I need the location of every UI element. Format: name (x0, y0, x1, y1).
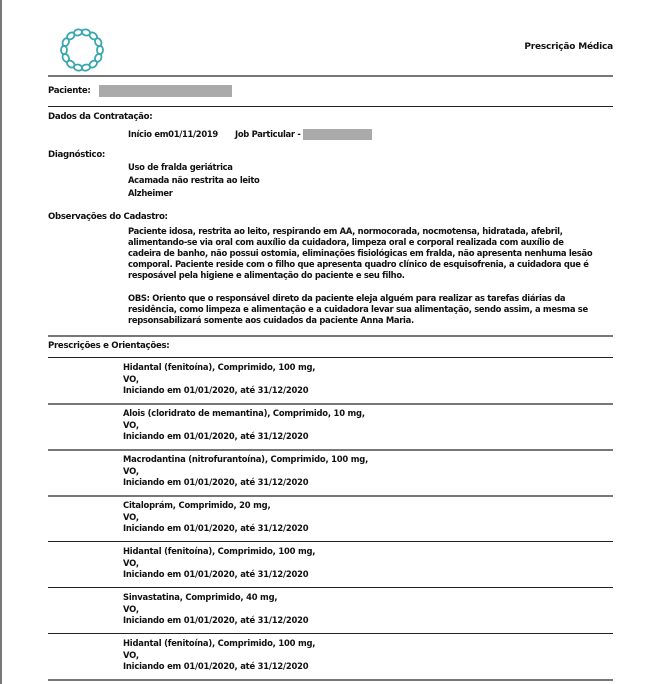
divider (48, 357, 613, 358)
prescription-item: Macrodantina (nitrofurantoína), Comprimi… (123, 454, 368, 489)
observation-line: resposável pela higiene e alimentação do… (128, 270, 598, 281)
diagnosis-item: Acamada não restrita ao leito (128, 174, 260, 187)
divider (48, 449, 613, 451)
diagnosis-item: Uso de fralda geriátrica (128, 161, 260, 174)
prescription-item: Hidantal (fenitoína), Comprimido, 100 mg… (123, 546, 315, 581)
prescription-drug: Hidantal (fenitoína), Comprimido, 100 mg… (123, 362, 315, 374)
teal-ring-logo-icon (57, 25, 117, 75)
prescription-drug: Hidantal (fenitoína), Comprimido, 100 mg… (123, 546, 315, 558)
prescription-item: Citaloprám, Comprimido, 20 mg,VO,Inician… (123, 500, 308, 535)
start-date: 01/11/2019 (168, 129, 218, 139)
prescription-drug: Citaloprám, Comprimido, 20 mg, (123, 500, 308, 512)
prescription-drug: Macrodantina (nitrofurantoína), Comprimi… (123, 454, 368, 466)
observation-line: residência, como limpeza e alimentação e… (128, 304, 598, 315)
divider (48, 75, 613, 77)
divider (48, 541, 613, 542)
prescription-route: VO, (123, 512, 308, 524)
diagnosis-label: Diagnóstico: (48, 150, 105, 160)
prescription-item: Alois (cloridrato de memantina), Comprim… (123, 408, 365, 443)
diagnosis-item: Alzheimer (128, 187, 260, 200)
divider (48, 106, 613, 107)
prescription-route: VO, (123, 604, 308, 616)
divider (48, 679, 613, 681)
divider (48, 335, 613, 337)
prescription-route: VO, (123, 650, 315, 662)
prescription-item: Sinvastatina, Comprimido, 40 mg,VO,Inici… (123, 592, 308, 627)
page-left-border (0, 0, 2, 684)
prescription-route: VO, (123, 420, 365, 432)
observation-line: cadeira de banho, não possui ostomia, el… (128, 248, 598, 259)
prescription-period: Iniciando em 01/01/2020, até 31/12/2020 (123, 661, 315, 673)
observations-paragraph-2: OBS: Oriento que o responsável direto da… (128, 293, 598, 326)
document-title: Prescrição Médica (524, 42, 613, 52)
observation-line: alimentando-se via oral com auxílio da c… (128, 237, 598, 248)
divider (48, 495, 613, 497)
prescription-drug: Alois (cloridrato de memantina), Comprim… (123, 408, 365, 420)
observation-line: comporal. Paciente reside com o filho qu… (128, 259, 598, 270)
observation-line: repsonsabilizará somente aos cuidados da… (128, 315, 598, 326)
observation-line: Paciente idosa, restrita ao leito, respi… (128, 226, 598, 237)
prescription-item: Hidantal (fenitoína), Comprimido, 100 mg… (123, 638, 315, 673)
observations-paragraph-1: Paciente idosa, restrita ao leito, respi… (128, 226, 598, 281)
start-label: Início em (128, 129, 168, 139)
job-value-redacted (303, 129, 372, 140)
prescriptions-label: Prescrições e Orientações: (48, 341, 169, 351)
prescription-item: Hidantal (fenitoína), Comprimido, 100 mg… (123, 362, 315, 397)
prescription-drug: Hidantal (fenitoína), Comprimido, 100 mg… (123, 638, 315, 650)
observation-line: OBS: Oriento que o responsável direto da… (128, 293, 598, 304)
prescription-period: Iniciando em 01/01/2020, até 31/12/2020 (123, 523, 308, 535)
patient-label: Paciente: (48, 86, 91, 96)
divider (48, 633, 613, 634)
prescription-route: VO, (123, 374, 315, 386)
prescription-period: Iniciando em 01/01/2020, até 31/12/2020 (123, 477, 368, 489)
prescription-route: VO, (123, 466, 368, 478)
job-label: Job Particular - (235, 129, 301, 139)
contract-label: Dados da Contratação: (48, 112, 152, 122)
prescription-period: Iniciando em 01/01/2020, até 31/12/2020 (123, 431, 365, 443)
diagnosis-list: Uso de fralda geriátricaAcamada não rest… (128, 161, 260, 200)
prescription-period: Iniciando em 01/01/2020, até 31/12/2020 (123, 569, 315, 581)
prescription-route: VO, (123, 558, 315, 570)
prescription-drug: Sinvastatina, Comprimido, 40 mg, (123, 592, 308, 604)
patient-name-redacted (99, 85, 232, 97)
contract-start: Início em01/11/2019 (128, 129, 218, 139)
prescription-period: Iniciando em 01/01/2020, até 31/12/2020 (123, 615, 308, 627)
prescription-period: Iniciando em 01/01/2020, até 31/12/2020 (123, 385, 315, 397)
observations-label: Observações do Cadastro: (48, 212, 168, 222)
divider (48, 403, 613, 405)
divider (48, 587, 613, 588)
